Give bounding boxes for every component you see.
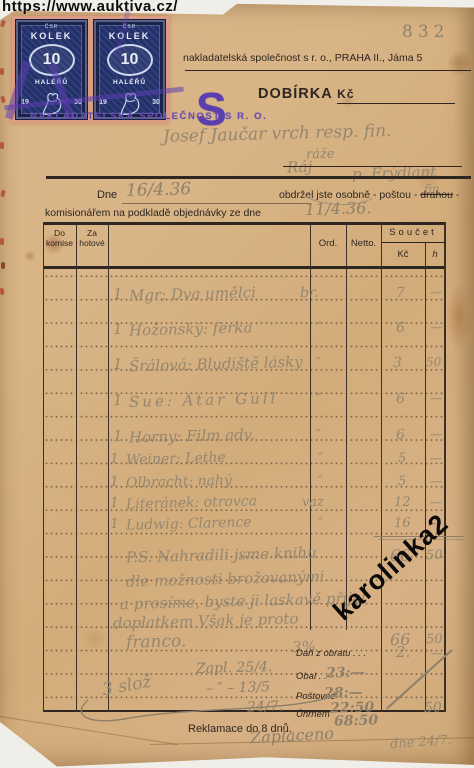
amount-blank-line bbox=[337, 103, 455, 104]
header-kc: Kč bbox=[381, 249, 425, 260]
row-kc: 6 bbox=[396, 391, 405, 407]
row-desc: Horny: Film adv. bbox=[129, 425, 256, 446]
table-top-border bbox=[43, 222, 445, 225]
address-underline bbox=[283, 166, 462, 167]
row-qty: 1 bbox=[110, 451, 119, 467]
payment-note-1: Zapl. 25/4. bbox=[196, 659, 273, 677]
row-ord: ″ bbox=[316, 320, 322, 336]
section-divider-rule bbox=[46, 176, 471, 179]
order-basis-text: komisionářem na podkladě objednávky ze d… bbox=[45, 207, 261, 219]
row-ord: ″ bbox=[318, 516, 323, 531]
auction-site-watermark: https://www.auktiva.cz/ bbox=[2, 0, 178, 15]
document-number: 832 bbox=[402, 22, 449, 42]
header-hotove: hotové bbox=[76, 238, 108, 248]
stamp-value: 10 bbox=[43, 51, 61, 69]
row-qty: 1 bbox=[110, 495, 119, 511]
document-type-title: DOBÍRKA Kč bbox=[258, 86, 355, 102]
stamp-year-left: 19 bbox=[21, 99, 29, 107]
row-kc: 6 bbox=[396, 427, 405, 443]
row-qty: 1 bbox=[113, 285, 123, 303]
header-do: Do bbox=[43, 228, 76, 238]
corner-amount: 50 bbox=[424, 700, 442, 716]
row-qty: 1 bbox=[110, 516, 119, 532]
row-desc: Mgr: Dva umělci bbox=[129, 283, 256, 304]
header-soucet: Součet bbox=[381, 227, 445, 238]
row-kc: 16 bbox=[394, 516, 411, 531]
row-ord: ″ bbox=[316, 391, 322, 407]
stamp-title: KOLEK bbox=[31, 31, 73, 41]
row-kc: 5 bbox=[398, 474, 407, 489]
perforation-mark bbox=[0, 68, 4, 75]
row-desc: Olbracht: nahý bbox=[126, 473, 232, 492]
company-stamp-text: NAKLADATELSKÁ SPOLEČNOST S R. O. bbox=[30, 111, 267, 122]
row-ord: ″ bbox=[318, 451, 323, 466]
row-desc: Weiner: Lethe bbox=[126, 450, 226, 469]
row-h: — bbox=[430, 474, 442, 488]
franco-note: franco. bbox=[126, 631, 187, 653]
obal-label: Obal . . bbox=[296, 671, 327, 682]
stamp-value-oval: 10 bbox=[29, 44, 75, 76]
header-ord: Ord. bbox=[310, 238, 346, 249]
date-underline bbox=[122, 203, 310, 204]
row-h: — bbox=[430, 391, 442, 405]
row-ord: ″ bbox=[318, 474, 323, 489]
stamp-year-left: 19 bbox=[99, 99, 107, 107]
header-h: h bbox=[425, 249, 445, 260]
stamp-year-right: 30 bbox=[152, 99, 160, 107]
row-qty: 1 bbox=[113, 427, 123, 445]
row-desc: Hožonský: ferka bbox=[129, 318, 253, 339]
soucet-sub-line bbox=[381, 242, 445, 243]
received-suffix: - bbox=[456, 189, 460, 201]
row-kc: 5 bbox=[398, 451, 407, 466]
revenue-stamp: ČSR KOLEK 10 HALÉŘŮ 19 30 bbox=[15, 19, 88, 120]
dan-z-obratu-label: Daň z obratu . . . bbox=[296, 648, 366, 659]
row-qty: 1 bbox=[113, 355, 123, 373]
header-za-hotove: Za hotové bbox=[76, 228, 108, 248]
payment-note-2: – ″ – 13/5 bbox=[206, 679, 270, 697]
row-h: — bbox=[430, 285, 442, 299]
stamp-value: 10 bbox=[121, 51, 139, 69]
row-h: — bbox=[430, 451, 442, 465]
stamp-value-oval: 10 bbox=[107, 44, 153, 76]
uhrnem-label: Úhrnem bbox=[296, 709, 330, 720]
row-kc: 6 bbox=[396, 320, 405, 336]
row-h: — bbox=[430, 320, 442, 334]
row-qty: 1 bbox=[110, 474, 119, 490]
received-struck-option: drahou bbox=[420, 189, 453, 201]
header-za: Za bbox=[76, 228, 108, 238]
row-kc: 12 bbox=[394, 495, 411, 510]
row-kc: 7 bbox=[396, 285, 405, 301]
row-ord: vaz bbox=[302, 495, 324, 511]
order-date: 11/4.36. bbox=[305, 198, 372, 219]
stamp-title: KOLEK bbox=[109, 31, 151, 41]
stamp-year-right: 30 bbox=[74, 99, 82, 107]
row-kc: 3 bbox=[393, 355, 402, 371]
dobirka-label: DOBÍRKA bbox=[258, 86, 332, 102]
stamp-unit: HALÉŘŮ bbox=[35, 79, 68, 86]
header-do-komise: Do komise bbox=[43, 228, 76, 248]
perforation-mark bbox=[1, 262, 5, 269]
perforation-mark bbox=[0, 238, 4, 245]
row-h: — bbox=[430, 427, 442, 441]
header-komise: komise bbox=[43, 238, 76, 248]
payment-note-3: 24/7. bbox=[247, 699, 283, 716]
row-h: 50 bbox=[426, 355, 442, 369]
stamp-country-label: ČSR bbox=[123, 24, 137, 30]
revenue-stamp: ČSR KOLEK 10 HALÉŘŮ 19 30 bbox=[93, 19, 166, 120]
revenue-stamp-pair: ČSR KOLEK 10 HALÉŘŮ 19 30 ČSR KOLEK 10 H… bbox=[12, 16, 169, 123]
scanned-document: https://www.auktiva.cz/ ČSR KOLEK 10 HAL… bbox=[0, 0, 474, 768]
stamp-unit: HALÉŘŮ bbox=[113, 79, 146, 86]
row-qty: 1 bbox=[113, 320, 123, 338]
document-date: 16/4.36 bbox=[126, 179, 192, 201]
row-ord: ″ bbox=[316, 355, 322, 371]
row-ord: ″ bbox=[316, 427, 322, 443]
row-h: — bbox=[430, 495, 442, 509]
perforation-mark bbox=[0, 142, 4, 149]
row-desc: Ludwig: Clarence bbox=[126, 514, 252, 533]
dan-kc-value: 2. bbox=[396, 643, 411, 661]
header-netto: Netto. bbox=[346, 238, 381, 249]
row-ord: br. bbox=[300, 285, 319, 301]
letterhead-underline bbox=[185, 70, 471, 71]
currency-label: Kč bbox=[337, 87, 354, 101]
stamp-country-label: ČSR bbox=[45, 24, 59, 30]
table-right-border bbox=[444, 222, 446, 712]
row-desc: Literánek: otrovca bbox=[126, 493, 257, 512]
recipient-line3: Ráj bbox=[287, 158, 313, 177]
obal-value: 23:— bbox=[326, 664, 365, 681]
row-qty: 1 bbox=[113, 391, 123, 409]
dne-label: Dne bbox=[97, 189, 117, 201]
uhrnem-total-value: 68:50 bbox=[334, 712, 379, 729]
company-letterhead: nakladatelská společnost s r. o., PRAHA … bbox=[183, 52, 422, 64]
